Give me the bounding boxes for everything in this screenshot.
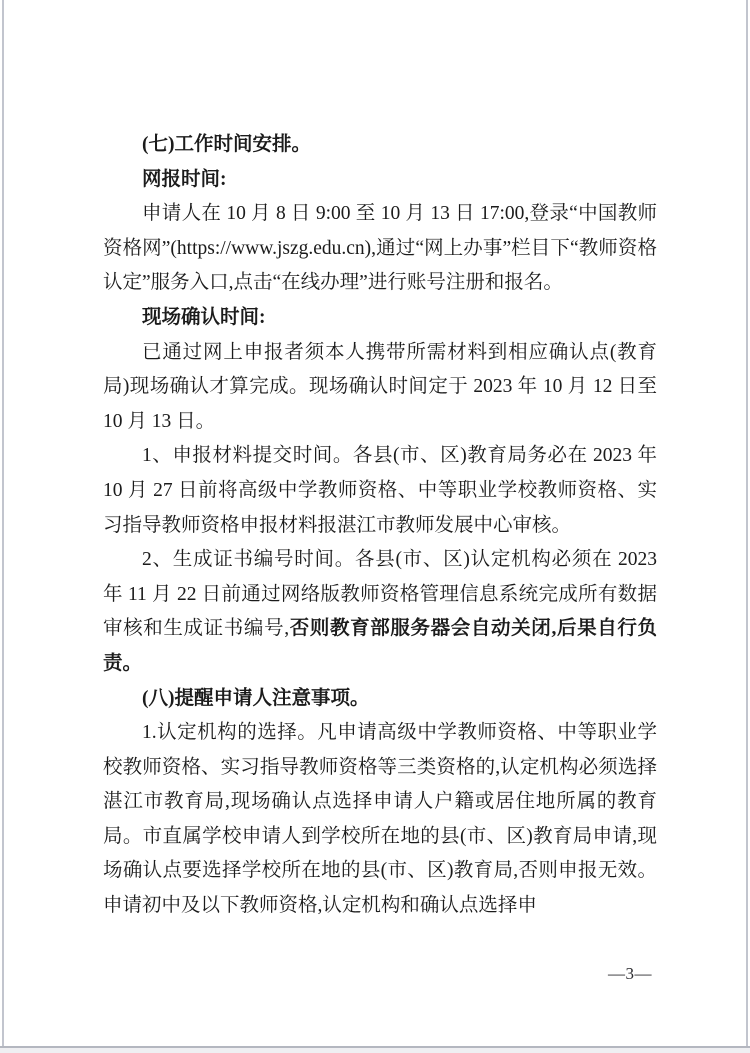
scan-edge-left — [2, 0, 4, 1053]
page-number: —3— — [608, 963, 652, 985]
paragraph-material-submission-time: 1、申报材料提交时间。各县(市、区)教育局务必在 2023 年 10 月 27 … — [103, 439, 657, 543]
heading-online-registration-time: 网报时间: — [103, 163, 657, 198]
paragraph-certifying-authority-selection: 1.认定机构的选择。凡申请高级中学教师资格、中等职业学校教师资格、实习指导教师资… — [103, 716, 657, 924]
document-body: (七)工作时间安排。 网报时间: 申请人在 10 月 8 日 9:00 至 10… — [103, 128, 657, 924]
paragraph-onsite-confirmation-details: 已通过网上申报者须本人携带所需材料到相应确认点(教育局)现场确认才算完成。现场确… — [103, 336, 657, 440]
heading-work-time-arrangement: (七)工作时间安排。 — [103, 128, 657, 163]
scanned-document-page: (七)工作时间安排。 网报时间: 申请人在 10 月 8 日 9:00 至 10… — [0, 0, 750, 1053]
scan-edge-bottom-strip — [0, 1048, 750, 1053]
heading-applicant-notes: (八)提醒申请人注意事项。 — [103, 682, 657, 717]
paragraph-online-registration-details: 申请人在 10 月 8 日 9:00 至 10 月 13 日 17:00,登录“… — [103, 197, 657, 301]
heading-onsite-confirmation-time: 现场确认时间: — [103, 301, 657, 336]
paragraph-certificate-number-time: 2、生成证书编号时间。各县(市、区)认定机构必须在 2023 年 11 月 22… — [103, 543, 657, 681]
scan-edge-right — [746, 0, 748, 1053]
